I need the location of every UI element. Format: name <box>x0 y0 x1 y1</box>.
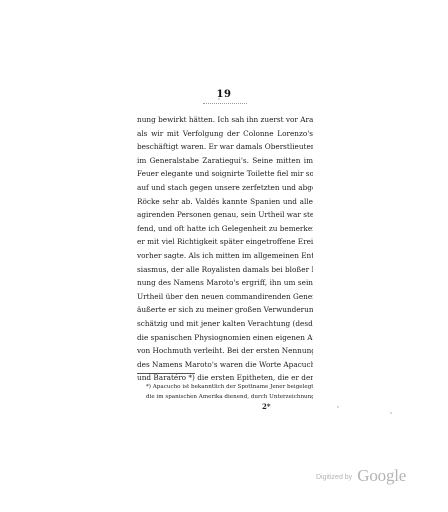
page-number: 19 <box>0 89 448 100</box>
text-line: im Generalstabe Zaratiegui's. Seine mitt… <box>137 154 313 168</box>
footnote: *) Apacucho ist bekanntlich der Spottnam… <box>146 382 313 403</box>
footnote-line: die im spanischen Amerika dienend, durch… <box>146 392 313 402</box>
google-logo-text: Google <box>357 466 406 485</box>
body-text: nung bewirkt hätten. Ich sah ihn zuerst … <box>137 113 313 385</box>
book-page: 19 nung bewirkt hätten. Ich sah ihn zuer… <box>0 0 448 512</box>
footnote-rule <box>137 373 195 374</box>
scan-speck <box>222 336 224 338</box>
text-line: als wir mit Verfolgung der Colonne Loren… <box>137 127 313 141</box>
text-line: des Namens Maroto's waren die Worte Apac… <box>137 358 313 372</box>
footnote-line: *) Apacucho ist bekanntlich der Spottnam… <box>146 382 313 392</box>
digitized-by-google-watermark: Digitized by Google <box>316 466 406 486</box>
text-line: vorher sagte. Als ich mitten im allgemei… <box>137 249 313 263</box>
text-line: auf und stach gegen unsere zerfetzten un… <box>137 181 313 195</box>
text-line: er mit viel Richtigkeit später eingetrof… <box>137 235 313 249</box>
text-line: äußerte er sich zu meiner großen Verwund… <box>137 303 313 317</box>
text-line: schätzig und mit jener kalten Verachtung… <box>137 317 313 331</box>
text-line: fend, und oft hatte ich Gelegenheit zu b… <box>137 222 313 236</box>
text-line: Feuer elegante und soignirte Toilette fi… <box>137 167 313 181</box>
text-line: agirenden Personen genau, sein Urtheil w… <box>137 208 313 222</box>
signature-mark: 2* <box>262 402 271 411</box>
watermark-prefix: Digitized by <box>316 474 352 481</box>
header-rule <box>203 103 247 104</box>
text-line: nung des Namens Maroto's ergriff, ihn um… <box>137 276 313 290</box>
scan-speck <box>390 412 392 414</box>
text-line: Röcke sehr ab. Valdés kannte Spanien und… <box>137 195 313 209</box>
scan-speck <box>218 98 220 100</box>
text-line: Urtheil über den neuen commandirenden Ge… <box>137 290 313 304</box>
text-line: beschäftigt waren. Er war damals Oberstl… <box>137 140 313 154</box>
text-line: nung bewirkt hätten. Ich sah ihn zuerst … <box>137 113 313 127</box>
text-line: von Hochmuth verleiht. Bei der ersten Ne… <box>137 344 313 358</box>
text-line: siasmus, der alle Royalisten damals bei … <box>137 263 313 277</box>
scan-speck <box>337 406 339 408</box>
text-line: die spanischen Physiognomien einen eigen… <box>137 331 313 345</box>
